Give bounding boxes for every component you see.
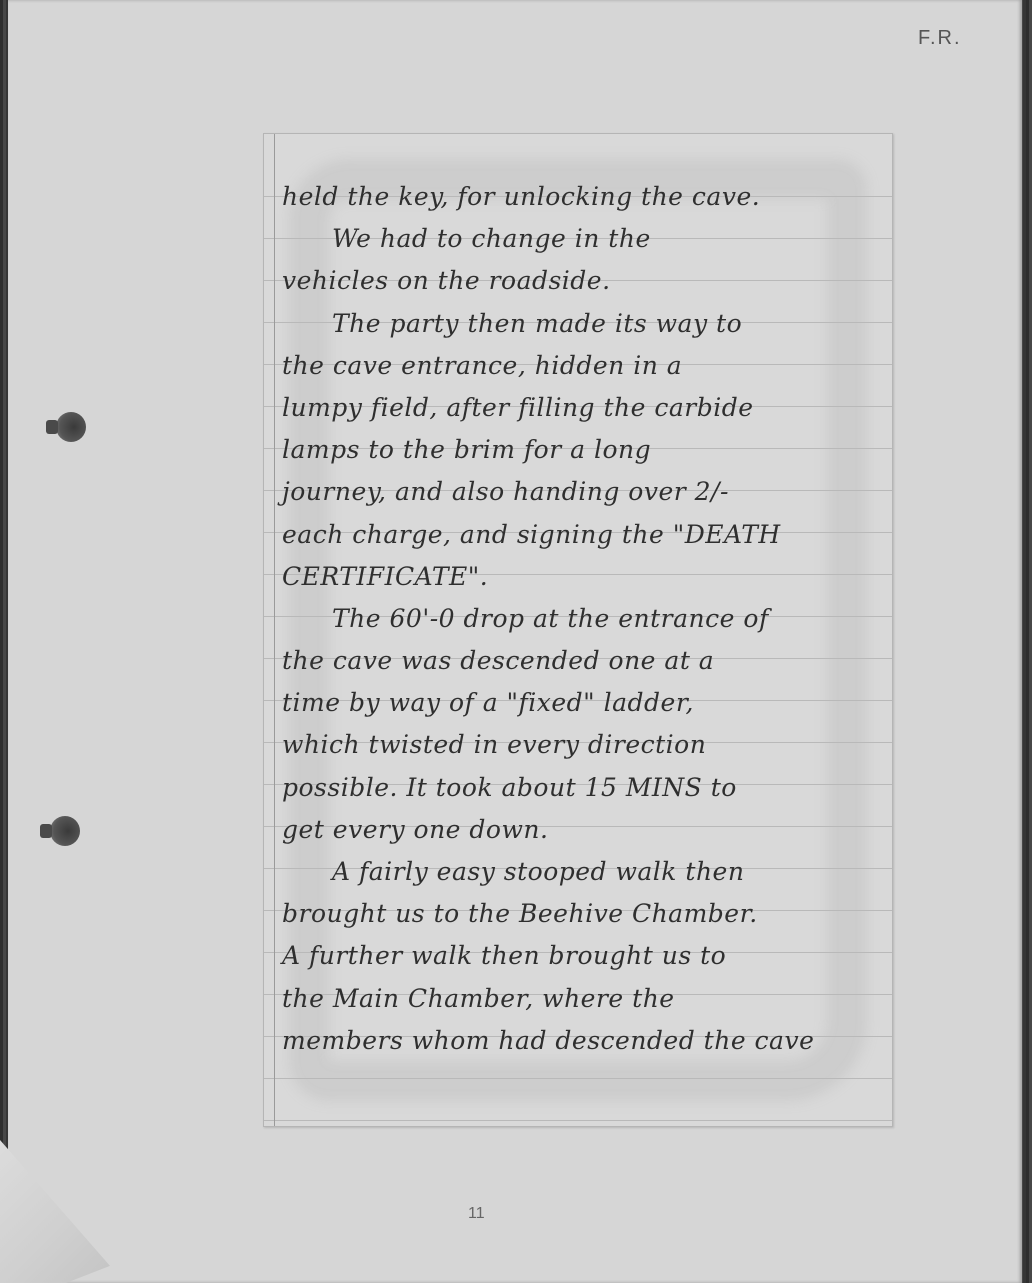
text-line: lumpy field, after filling the carbide xyxy=(282,387,880,429)
corner-initials: F.R. xyxy=(918,27,962,50)
text-line: get every one down. xyxy=(282,809,880,851)
punch-hole-top xyxy=(56,412,86,442)
text-line: the Main Chamber, where the xyxy=(282,978,880,1020)
text-line: possible. It took about 15 MINS to xyxy=(282,767,880,809)
margin-line xyxy=(274,134,275,1126)
text-line: time by way of a "fixed" ladder, xyxy=(282,682,880,724)
text-line: the cave entrance, hidden in a xyxy=(282,345,880,387)
text-line: A fairly easy stooped walk then xyxy=(282,851,880,893)
text-line: the cave was descended one at a xyxy=(282,640,880,682)
page-number: 11 xyxy=(468,1205,485,1223)
text-line: brought us to the Beehive Chamber. xyxy=(282,893,880,935)
text-line: We had to change in the xyxy=(282,218,880,260)
text-line: The party then made its way to xyxy=(282,303,880,345)
text-line: A further walk then brought us to xyxy=(282,935,880,977)
text-line: each charge, and signing the "DEATH xyxy=(282,514,880,556)
text-line: which twisted in every direction xyxy=(282,724,880,766)
text-line: The 60'-0 drop at the entrance of xyxy=(282,598,880,640)
text-line: members whom had descended the cave xyxy=(282,1020,880,1062)
binder-page: F.R. held the key, for unlocking the cav… xyxy=(8,0,1022,1283)
text-line: vehicles on the roadside. xyxy=(282,260,880,302)
punch-hole-bottom xyxy=(50,816,80,846)
handwritten-text: held the key, for unlocking the cave. We… xyxy=(282,176,880,1062)
text-line: held the key, for unlocking the cave. xyxy=(282,176,880,218)
handwritten-note-sheet: held the key, for unlocking the cave. We… xyxy=(263,133,893,1127)
text-line: CERTIFICATE". xyxy=(282,556,880,598)
text-line: lamps to the brim for a long xyxy=(282,429,880,471)
text-line: journey, and also handing over 2/- xyxy=(282,471,880,513)
